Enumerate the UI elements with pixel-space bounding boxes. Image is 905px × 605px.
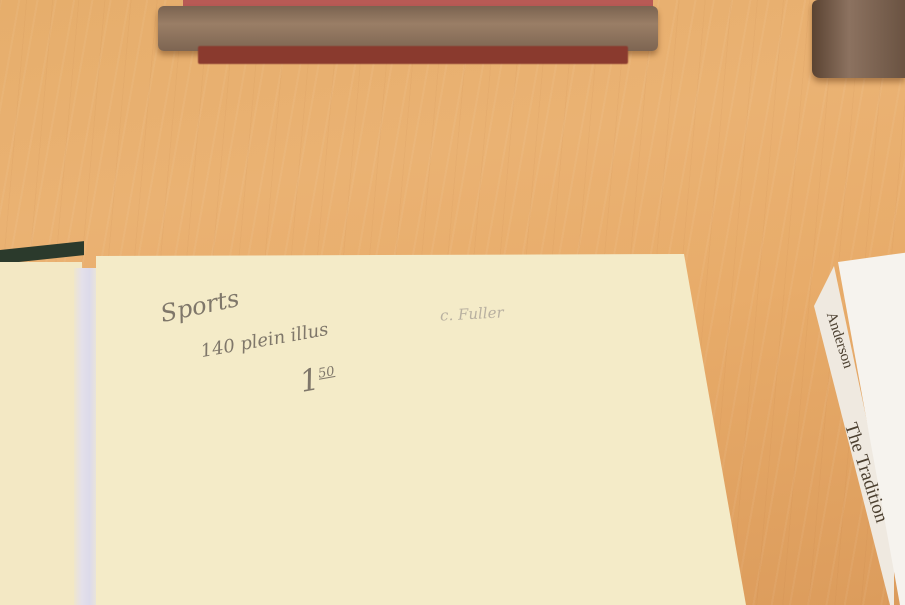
photo-scene: Sports 140 plein illus c. Fuller 150 And…: [0, 0, 905, 605]
closed-book-top: [158, 0, 663, 64]
price-cents: 50: [317, 364, 336, 382]
book-page-edges: [158, 6, 658, 51]
note-illustrator: c. Fuller: [440, 303, 505, 324]
open-book: [0, 250, 745, 605]
book-cover-bottom: [198, 46, 628, 64]
left-endpaper: [0, 262, 82, 605]
note-price: 150: [297, 359, 338, 400]
closed-book-top-right: [812, 0, 905, 78]
